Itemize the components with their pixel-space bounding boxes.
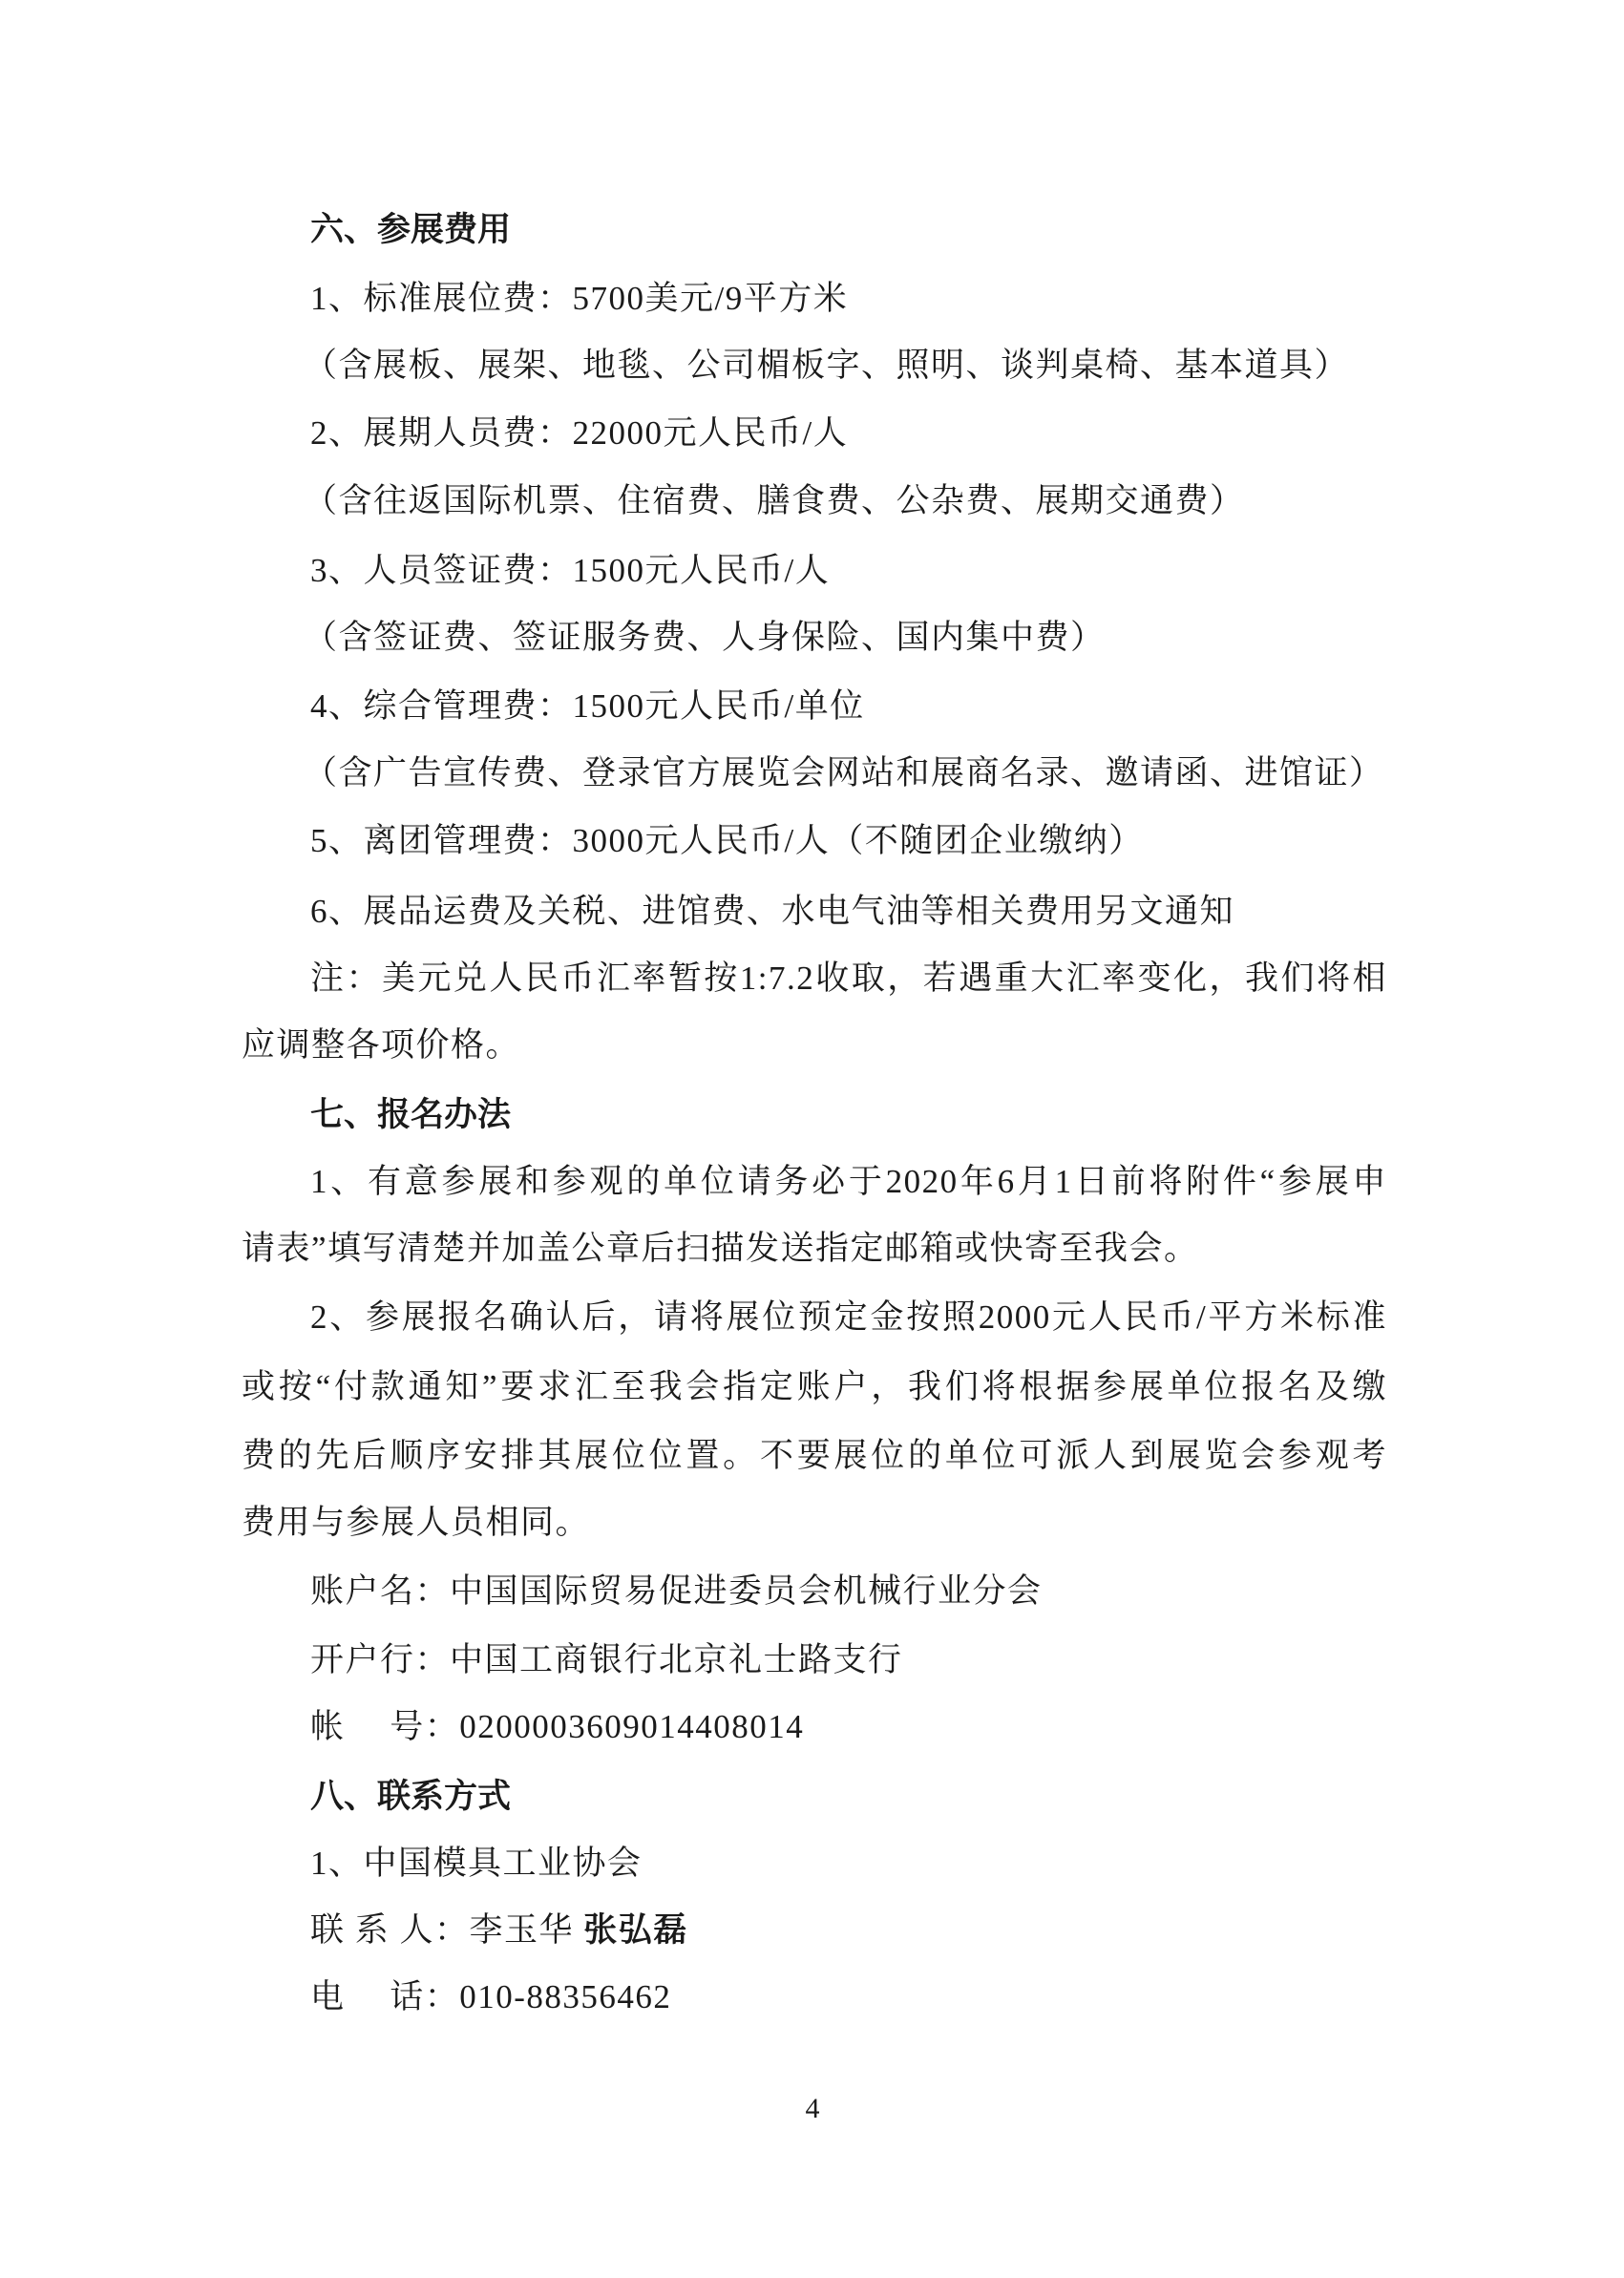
account-bank-value: 中国工商银行北京礼士路支行 [450, 1641, 903, 1678]
registration-p2-line-2: 或按“付款通知”要求汇至我会指定账户，我们将根据参展单位报名及缴 [242, 1366, 1387, 1408]
contact-person-label: 联 系 人： [310, 1911, 470, 1949]
page-number: 4 [798, 2093, 827, 2125]
section-heading-contact: 八、联系方式 [310, 1776, 511, 1818]
account-number-value: 0200003609014408014 [459, 1708, 804, 1745]
fee-item-1: 1、标准展位费：5700美元/9平方米 [310, 278, 848, 320]
registration-p1-line-2: 请表”填写清楚并加盖公章后扫描发送指定邮箱或快寄至我会。 [242, 1228, 1199, 1270]
account-name-value: 中国国际贸易促进委员会机械行业分会 [450, 1572, 1043, 1610]
fee-note-line-1: 注：美元兑人民币汇率暂按1:7.2收取，若遇重大汇率变化，我们将相 [310, 958, 1387, 1000]
fee-item-1-detail: （含展板、展架、地毯、公司楣板字、照明、谈判桌椅、基本道具） [304, 345, 1349, 387]
account-name-row: 账户名：中国国际贸易促进委员会机械行业分会 [310, 1571, 1043, 1613]
contact-phone-value: 010-88356462 [459, 1978, 671, 2015]
fee-item-2-detail: （含往返国际机票、住宿费、膳食费、公杂费、展期交通费） [304, 480, 1245, 522]
document-page: 六、参展费用 1、标准展位费：5700美元/9平方米 （含展板、展架、地毯、公司… [0, 0, 1624, 2278]
account-bank-label: 开户行： [310, 1641, 450, 1678]
fee-item-5: 5、离团管理费：3000元人民币/人（不随团企业缴纳） [310, 820, 1144, 862]
contact-phone-row: 电 话：010-88356462 [310, 1976, 671, 2018]
section-heading-registration: 七、报名办法 [310, 1094, 511, 1136]
registration-p2-line-3: 费的先后顺序安排其展位位置。不要展位的单位可派人到展览会参观考察， [242, 1435, 1387, 1477]
contact-person-name-bold: 张弘磊 [583, 1911, 688, 1950]
fee-note-line-2: 应调整各项价格。 [242, 1024, 520, 1066]
contact-person-name: 李玉华 [470, 1911, 584, 1949]
fee-item-4: 4、综合管理费：1500元人民币/单位 [310, 686, 865, 728]
fee-item-6: 6、展品运费及关税、进馆费、水电气油等相关费用另文通知 [310, 891, 1234, 933]
account-number-row: 帐 号：0200003609014408014 [310, 1706, 804, 1748]
registration-p1-line-1: 1、有意参展和参观的单位请务必于2020年6月1日前将附件“参展申 [310, 1161, 1387, 1203]
account-number-label: 帐 号： [310, 1708, 459, 1745]
fee-item-4-detail: （含广告宣传费、登录官方展览会网站和展商名录、邀请函、进馆证） [304, 752, 1384, 794]
registration-p2-line-1: 2、参展报名确认后，请将展位预定金按照2000元人民币/平方米标准 [310, 1297, 1387, 1339]
fee-item-2: 2、展期人员费：22000元人民币/人 [310, 412, 848, 454]
fee-item-3-detail: （含签证费、签证服务费、人身保险、国内集中费） [304, 617, 1106, 659]
account-bank-row: 开户行：中国工商银行北京礼士路支行 [310, 1639, 903, 1681]
contact-phone-label: 电 话： [310, 1978, 459, 2015]
fee-item-3: 3、人员签证费：1500元人民币/人 [310, 550, 830, 592]
registration-p2-line-4: 费用与参展人员相同。 [242, 1502, 590, 1544]
contact-person-row: 联 系 人：李玉华 张弘磊 [310, 1909, 688, 1951]
contact-org: 1、中国模具工业协会 [310, 1843, 643, 1885]
account-name-label: 账户名： [310, 1572, 450, 1610]
section-heading-fees: 六、参展费用 [310, 209, 511, 251]
